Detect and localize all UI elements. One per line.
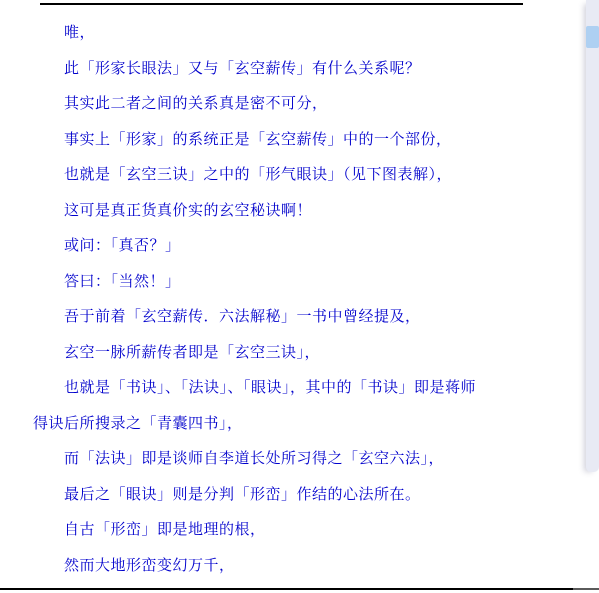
top-horizontal-rule [40,3,523,5]
text-line: 也就是「书诀」、「法诀」、「眼诀」，其中的「书诀」即是蒋师 [33,370,558,406]
text-line: 吾于前着「玄空薪传．六法解秘」一书中曾经提及， [33,299,558,335]
bottom-horizontal-rule [0,588,573,590]
page-canvas: 唯， 此「形家长眼法」又与「玄空薪传」有什么关系呢？ 其实此二者之间的关系真是密… [0,0,599,593]
text-line: 这可是真正货真价实的玄空秘诀啊！ [33,193,558,229]
vertical-scrollbar-track[interactable] [586,0,599,472]
text-line: 也就是「玄空三诀」之中的「形气眼诀」（见下图表解）， [33,157,558,193]
text-line: 答曰：「当然！」 [33,264,558,300]
article-text-block: 唯， 此「形家长眼法」又与「玄空薪传」有什么关系呢？ 其实此二者之间的关系真是密… [33,15,558,583]
text-line: 或问：「真否？」 [33,228,558,264]
text-line: 事实上「形家」的系统正是「玄空薪传」中的一个部份， [33,122,558,158]
text-line: 玄空一脉所薪传者即是「玄空三诀」， [33,335,558,371]
text-line: 其实此二者之间的关系真是密不可分， [33,86,558,122]
text-line: 然而大地形峦变幻万千， [33,548,558,584]
text-line: 此「形家长眼法」又与「玄空薪传」有什么关系呢？ [33,51,558,87]
text-line: 最后之「眼诀」则是分判「形峦」作结的心法所在。 [33,477,558,513]
vertical-scrollbar-thumb[interactable] [586,26,599,48]
bottom-horizontal-rule-faded-segment [573,588,599,590]
text-line: 自古「形峦」即是地理的根， [33,512,558,548]
text-line: 而「法诀」即是谈师自李道长处所习得之「玄空六法」， [33,441,558,477]
text-line-wrap-continuation: 得诀后所搜录之「青囊四书」， [33,406,558,442]
text-line: 唯， [33,15,558,51]
